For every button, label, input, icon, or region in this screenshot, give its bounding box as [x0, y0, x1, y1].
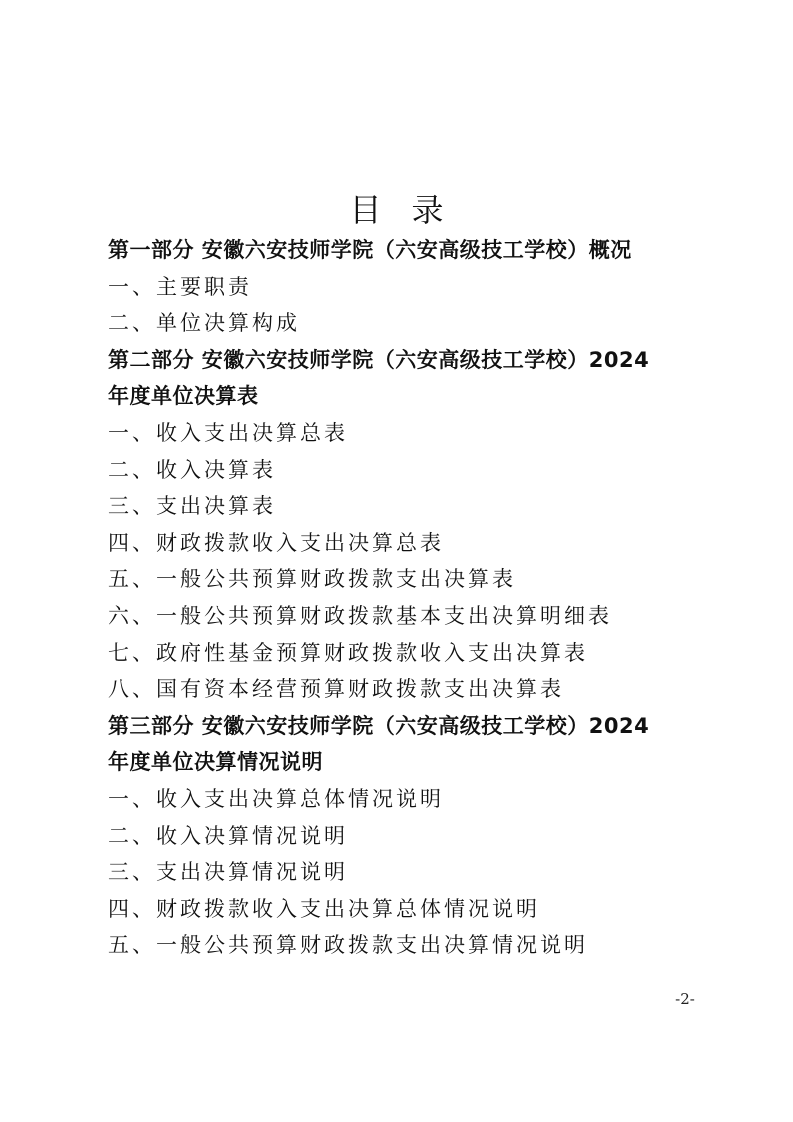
toc-entry: 四、财政拨款收入支出决算总体情况说明 [108, 891, 708, 928]
toc-entry: 三、支出决算表 [108, 488, 708, 525]
toc-entry: 二、单位决算构成 [108, 305, 708, 342]
toc-part-3-heading-cont: 年度单位决算情况说明 [108, 744, 708, 781]
toc-part-2-heading-cont: 年度单位决算表 [108, 378, 708, 415]
toc-part-3-heading: 第三部分 安徽六安技师学院（六安高级技工学校）2024 [108, 708, 708, 745]
page-number: -2- [655, 990, 715, 1008]
toc-entry: 一、收入支出决算总体情况说明 [108, 781, 708, 818]
toc-entry: 一、收入支出决算总表 [108, 415, 708, 452]
toc-entry: 八、国有资本经营预算财政拨款支出决算表 [108, 671, 708, 708]
toc-entry: 五、一般公共预算财政拨款支出决算表 [108, 561, 708, 598]
toc-entry: 二、收入决算表 [108, 452, 708, 489]
toc-entry: 七、政府性基金预算财政拨款收入支出决算表 [108, 635, 708, 672]
toc-entry: 四、财政拨款收入支出决算总表 [108, 525, 708, 562]
toc-entry: 二、收入决算情况说明 [108, 818, 708, 855]
toc-entry: 三、支出决算情况说明 [108, 854, 708, 891]
document-page: 目录 第一部分 安徽六安技师学院（六安高级技工学校）概况 一、主要职责 二、单位… [0, 0, 793, 1122]
toc-entry: 一、主要职责 [108, 269, 708, 306]
toc-title: 目录 [0, 188, 793, 232]
toc-part-2-heading: 第二部分 安徽六安技师学院（六安高级技工学校）2024 [108, 342, 708, 379]
toc-part-1-heading: 第一部分 安徽六安技师学院（六安高级技工学校）概况 [108, 232, 708, 269]
toc-entry: 五、一般公共预算财政拨款支出决算情况说明 [108, 927, 708, 964]
toc-entry: 六、一般公共预算财政拨款基本支出决算明细表 [108, 598, 708, 635]
toc-list: 第一部分 安徽六安技师学院（六安高级技工学校）概况 一、主要职责 二、单位决算构… [108, 232, 708, 964]
